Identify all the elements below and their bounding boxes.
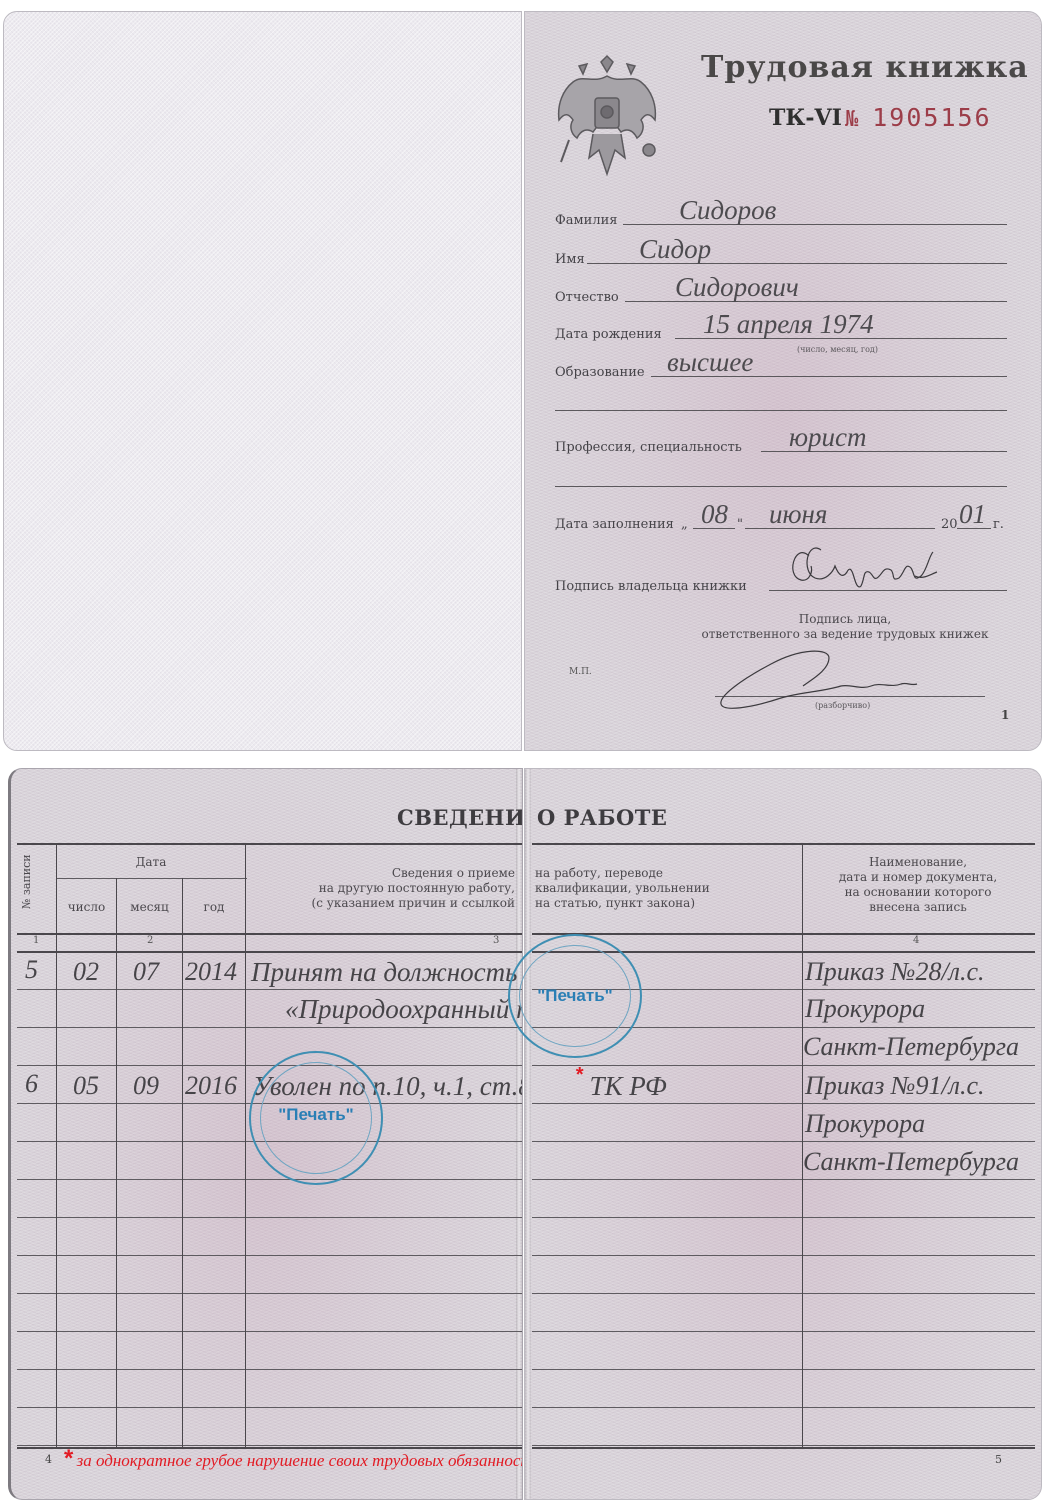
legible-hint: (разборчиво) [815,701,870,710]
stamp-2: "Печать" [249,1051,383,1185]
table-row-line [532,1141,1035,1142]
header-record-number: № записи [19,869,34,909]
header-year: год [183,900,245,915]
header-basis: Наименование, дата и номер документа, на… [803,855,1033,915]
fill-date-field: Дата заполнения „ 08 " июня 20 01 г. [555,502,1007,532]
birth-date-field: Дата рождения 15 апреля 1974 [555,312,1007,342]
entry-1-basis-line-2: Прокурора [805,992,925,1026]
fill-date-year: 01 [959,499,986,530]
table-row-line [17,1255,523,1256]
name-value: Сидор [639,234,711,265]
stamp-1-text: "Печать" [510,986,640,1006]
column-number-3: 3 [493,935,499,946]
table-row-line [17,1331,523,1332]
table-row-line [17,1179,523,1180]
footnote-text: за однократное грубое нарушение своих тр… [77,1451,523,1470]
patronymic-value: Сидорович [675,272,799,303]
work-records-page-right: О РАБОТЕ на работу, переводе квалификаци… [524,768,1042,1500]
education-label: Образование [555,365,645,380]
footnote-marker: * [63,1445,72,1472]
birth-date-label: Дата рождения [555,327,662,342]
table-row-line [532,1445,1035,1446]
education-extra-line [555,384,1007,414]
stamp-2-text: "Печать" [251,1105,381,1125]
section-title-right: О РАБОТЕ [537,805,667,830]
header-info-left: Сведения о приеме на другую постоянную р… [251,866,515,911]
surname-label: Фамилия [555,213,617,228]
page-number: 1 [1001,708,1009,722]
header-info-right: на работу, переводе квалификации, увольн… [535,866,795,911]
entry-1-info-line-1: Принят на должность [251,955,517,989]
table-row-line [532,1217,1035,1218]
table-row-line [17,1027,523,1028]
table-row-line [17,1369,523,1370]
entry-2-info-line-2: * ТК РФ [575,1069,667,1106]
entry-1-year: 2014 [185,955,237,989]
header-day: число [57,900,116,915]
fill-date-day: 08 [701,499,728,530]
patronymic-field: Отчество Сидорович [555,275,1007,305]
table-row-line [532,1179,1035,1180]
document-number: №1905156 [845,103,992,132]
table-row-line [17,1407,523,1408]
entry-2-basis-line-2: Прокурора [805,1107,925,1141]
title-page: Трудовая книжка ТК-VI №1905156 Фамилия С… [524,11,1042,751]
entry-2-number: 6 [25,1067,38,1101]
entry-1-basis-line-1: Приказ №28/л.с. [805,955,985,989]
russian-coat-of-arms-icon [553,54,661,182]
table-row-line [17,1217,523,1218]
blank-inside-cover-page [3,11,522,751]
document-series: ТК-VI [769,105,842,131]
footnote: * за однократное грубое нарушение своих … [63,1445,523,1473]
page-number-left: 4 [45,1453,52,1466]
entry-2-day: 05 [73,1069,99,1103]
table-row-line [532,1065,1035,1066]
page-number-right: 5 [995,1453,1002,1466]
section-title-left: СВЕДЕНИЯ [397,805,523,830]
entry-2-month: 09 [133,1069,159,1103]
education-value: высшее [667,347,753,378]
profession-field: Профессия, специальность юрист [555,425,1007,455]
info-footnote-marker: * [575,1064,583,1086]
birth-date-value: 15 апреля 1974 [703,309,874,340]
surname-value: Сидоров [679,195,776,226]
table-row-line [17,989,523,990]
entry-2-basis-line-1: Приказ №91/л.с. [805,1069,985,1103]
responsible-label: Подпись лица, ответственного за ведение … [695,612,995,642]
header-date: Дата [57,855,245,870]
patronymic-label: Отчество [555,290,619,305]
surname-field: Фамилия Сидоров [555,198,1007,228]
column-number-4: 4 [913,935,919,946]
entry-2-year: 2016 [185,1069,237,1103]
table-row-line [17,1065,523,1066]
profession-extra-line [555,460,1007,490]
document-title: Трудовая книжка [701,50,1029,85]
table-row-line [532,1331,1035,1332]
fill-date-label: Дата заполнения [555,517,674,532]
entry-1-basis-line-3: Санкт-Петербурга [803,1030,1019,1064]
number-sign: № [845,107,860,132]
column-number-1: 1 [33,935,39,946]
name-label: Имя [555,252,585,267]
entry-1-info-line-2: «Природоохранный прокурор» [285,992,523,1026]
work-records-page-left: СВЕДЕНИЯ № записи Дата число месяц год С… [8,768,523,1500]
name-field: Имя Сидор [555,237,1007,267]
column-number-2: 2 [147,935,153,946]
serial-number: 1905156 [872,103,991,132]
stamp-1: "Печать" [508,934,642,1058]
education-field: Образование высшее [555,350,1007,380]
owner-signature-label: Подпись владельца книжки [555,579,747,594]
profession-label: Профессия, специальность [555,440,742,455]
table-row-line [17,1293,523,1294]
entry-1-number: 5 [25,953,38,987]
owner-signature [787,532,987,596]
entry-2-basis-line-3: Санкт-Петербурга [803,1145,1019,1179]
table-row-line [532,1369,1035,1370]
header-month: месяц [117,900,182,915]
profession-value: юрист [789,422,867,453]
table-row-line [532,1255,1035,1256]
fill-date-month: июня [769,499,827,530]
table-row-line [532,1407,1035,1408]
table-row-line [532,1293,1035,1294]
entry-1-month: 07 [133,955,159,989]
seal-place-label: М.П. [569,667,592,677]
entry-1-day: 02 [73,955,99,989]
